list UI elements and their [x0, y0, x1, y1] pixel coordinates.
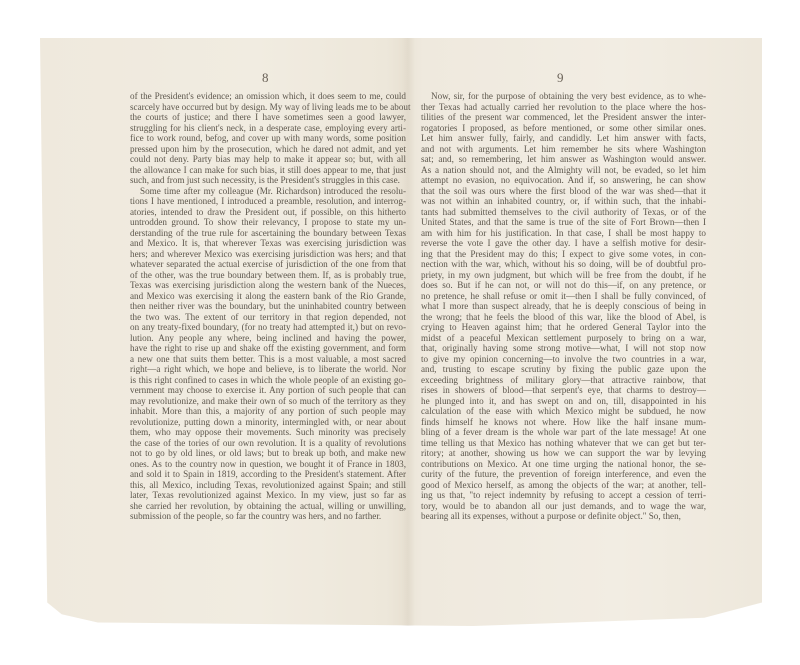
text-line: revolutionize, putting down a minority, … — [130, 417, 406, 428]
text-line: the courts of justice; and there I have … — [130, 112, 406, 123]
text-line: is this right confined to cases in which… — [130, 375, 406, 386]
text-line: Let him answer fully, fairly, and candid… — [421, 133, 706, 144]
text-line: am with him for his justification. In th… — [421, 228, 706, 239]
text-line: the wrong; that he feels the blood of th… — [421, 312, 706, 323]
text-line: of the President's evidence; an omission… — [130, 91, 406, 102]
text-line: them, who may oppose their movements. Su… — [130, 427, 406, 438]
text-line: United States, and that the same is true… — [421, 217, 706, 228]
text-line: and sold it to Spain in 1819, according … — [130, 469, 406, 480]
text-line: derstanding of the true rule for ascerta… — [130, 228, 406, 239]
text-line: lution. Any people any where, being incl… — [130, 333, 406, 344]
text-line: attempt no evasion, no equivocation. And… — [421, 175, 706, 186]
text-line: he plunged into it, and has swept on and… — [421, 396, 706, 407]
text-line: untrodden ground. To show their relevanc… — [130, 217, 406, 228]
text-line: fice to work round, befog, and cover up … — [130, 133, 406, 144]
text-line: ing us that, "to reject indemnity by ref… — [421, 490, 706, 501]
text-line: finds himself he knows not where. How li… — [421, 417, 706, 428]
text-line: atories, intended to draw the President … — [130, 207, 406, 218]
text-line: exceeding brightness of military glory—t… — [421, 375, 706, 386]
left-page-text: of the President's evidence; an omission… — [130, 91, 406, 522]
text-line: does so. But if he can not, or will not … — [421, 280, 706, 291]
text-line: Some time after my colleague (Mr. Richar… — [130, 186, 406, 197]
text-line: ones. As to the country now in question,… — [130, 459, 406, 470]
text-line: could not deny. Party bias may help to m… — [130, 154, 406, 165]
text-line: inhabit. More than this, a majority of a… — [130, 406, 406, 417]
text-line: not to go by old lines, or old laws; but… — [130, 448, 406, 459]
text-line: Now, sir, for the purpose of obtaining t… — [421, 91, 706, 102]
text-line: contributions on Mexico. At one time urg… — [421, 459, 706, 470]
text-line: scarcely have occurred but by design. My… — [130, 102, 406, 113]
text-line: crying to Heaven against him; that he or… — [421, 322, 706, 333]
text-line: tilities of the present war commenced, l… — [421, 112, 706, 123]
text-line: Texas was exercising jurisdiction along … — [130, 280, 406, 291]
text-line: to give my opinion concerning—to involve… — [421, 354, 706, 365]
text-line: the two was. The extent of our territory… — [130, 312, 406, 323]
text-line: have the right to rise up and shake off … — [130, 343, 406, 354]
text-line: curity of the future, the prevention of … — [421, 469, 706, 480]
text-line: right—a right which, we hope and believe… — [130, 364, 406, 375]
text-line: this, all Mexico, including Texas, revol… — [130, 480, 406, 491]
text-line: rises in showers of blood—that serpent's… — [421, 385, 706, 396]
right-page-text: Now, sir, for the purpose of obtaining t… — [421, 91, 706, 522]
text-line: what I more than suspect already, that h… — [421, 301, 706, 312]
text-line: may revolutionize, and make their own of… — [130, 396, 406, 407]
text-line: bling of a fever dream is the whole war … — [421, 427, 706, 438]
text-line: ritory; at another, showing us how we ca… — [421, 448, 706, 459]
text-line: she carried her revolution, by obtaining… — [130, 501, 406, 512]
text-line: ing that the President may do this; I ex… — [421, 249, 706, 260]
text-line: of the other, was the true boundary betw… — [130, 270, 406, 281]
text-line: that the soil was ours where the first b… — [421, 186, 706, 197]
text-line: and not with arguments. Let him remember… — [421, 144, 706, 155]
text-line: tants had submitted themselves to the ci… — [421, 207, 706, 218]
text-line: then neither river was the boundary, but… — [130, 301, 406, 312]
text-line: that, originally having some strong moti… — [421, 343, 706, 354]
text-line: the case of the tories of our own revolu… — [130, 438, 406, 449]
text-line: ther Texas had actually carried her revo… — [421, 102, 706, 113]
text-line: the allowance I can make for such bias, … — [130, 165, 406, 176]
text-line: good of Mexico herself, as among the obj… — [421, 480, 706, 491]
text-line: such, and from just such necessity, is t… — [130, 175, 406, 186]
text-line: later, Texas revolutionized against Mexi… — [130, 490, 406, 501]
text-line: a new one that suits them better. This i… — [130, 354, 406, 365]
right-page-number: 9 — [557, 70, 564, 86]
text-line: no pretence, he shall refuse or omit it—… — [421, 291, 706, 302]
text-line: tory, would be to abandon all our just d… — [421, 501, 706, 512]
text-line: hers; and wherever Mexico was exercising… — [130, 249, 406, 260]
text-line: vernment may choose to exercise it. Any … — [130, 385, 406, 396]
text-line: bearing all its expenses, without a purp… — [421, 511, 706, 522]
text-line: submission of the people, so far the cou… — [130, 511, 406, 522]
text-line: on any treaty-fixed boundary, (for no tr… — [130, 322, 406, 333]
left-page-number: 8 — [262, 70, 269, 86]
text-line: rogatories I proposed, as before mention… — [421, 123, 706, 134]
text-line: whatever separated the actual exercise o… — [130, 259, 406, 270]
text-line: sat; and, so remembering, let him answer… — [421, 154, 706, 165]
text-line: reverse the vote I gave the other day. I… — [421, 238, 706, 249]
text-line: priety, in my own judgment, but which wi… — [421, 270, 706, 281]
text-line: struggling for his client's neck, in a d… — [130, 123, 406, 134]
text-line: pressed upon him by the prosecution, whi… — [130, 144, 406, 155]
text-line: time telling us that Mexico has nothing … — [421, 438, 706, 449]
text-line: and Mexico was exercising it along the e… — [130, 291, 406, 302]
text-line: tions I have mentioned, I introduced a p… — [130, 196, 406, 207]
text-line: and, trusting to escape scrutiny by fixi… — [421, 364, 706, 375]
text-line: calculation of the ease with which Mexic… — [421, 406, 706, 417]
text-line: midst of a peaceful Mexican settlement p… — [421, 333, 706, 344]
text-line: and Mexico. It is, that wherever Texas w… — [130, 238, 406, 249]
text-line: As a nation should not, and the Almighty… — [421, 165, 706, 176]
text-line: was not within an inhabited country, or,… — [421, 196, 706, 207]
text-line: nection with the war, which, without his… — [421, 259, 706, 270]
